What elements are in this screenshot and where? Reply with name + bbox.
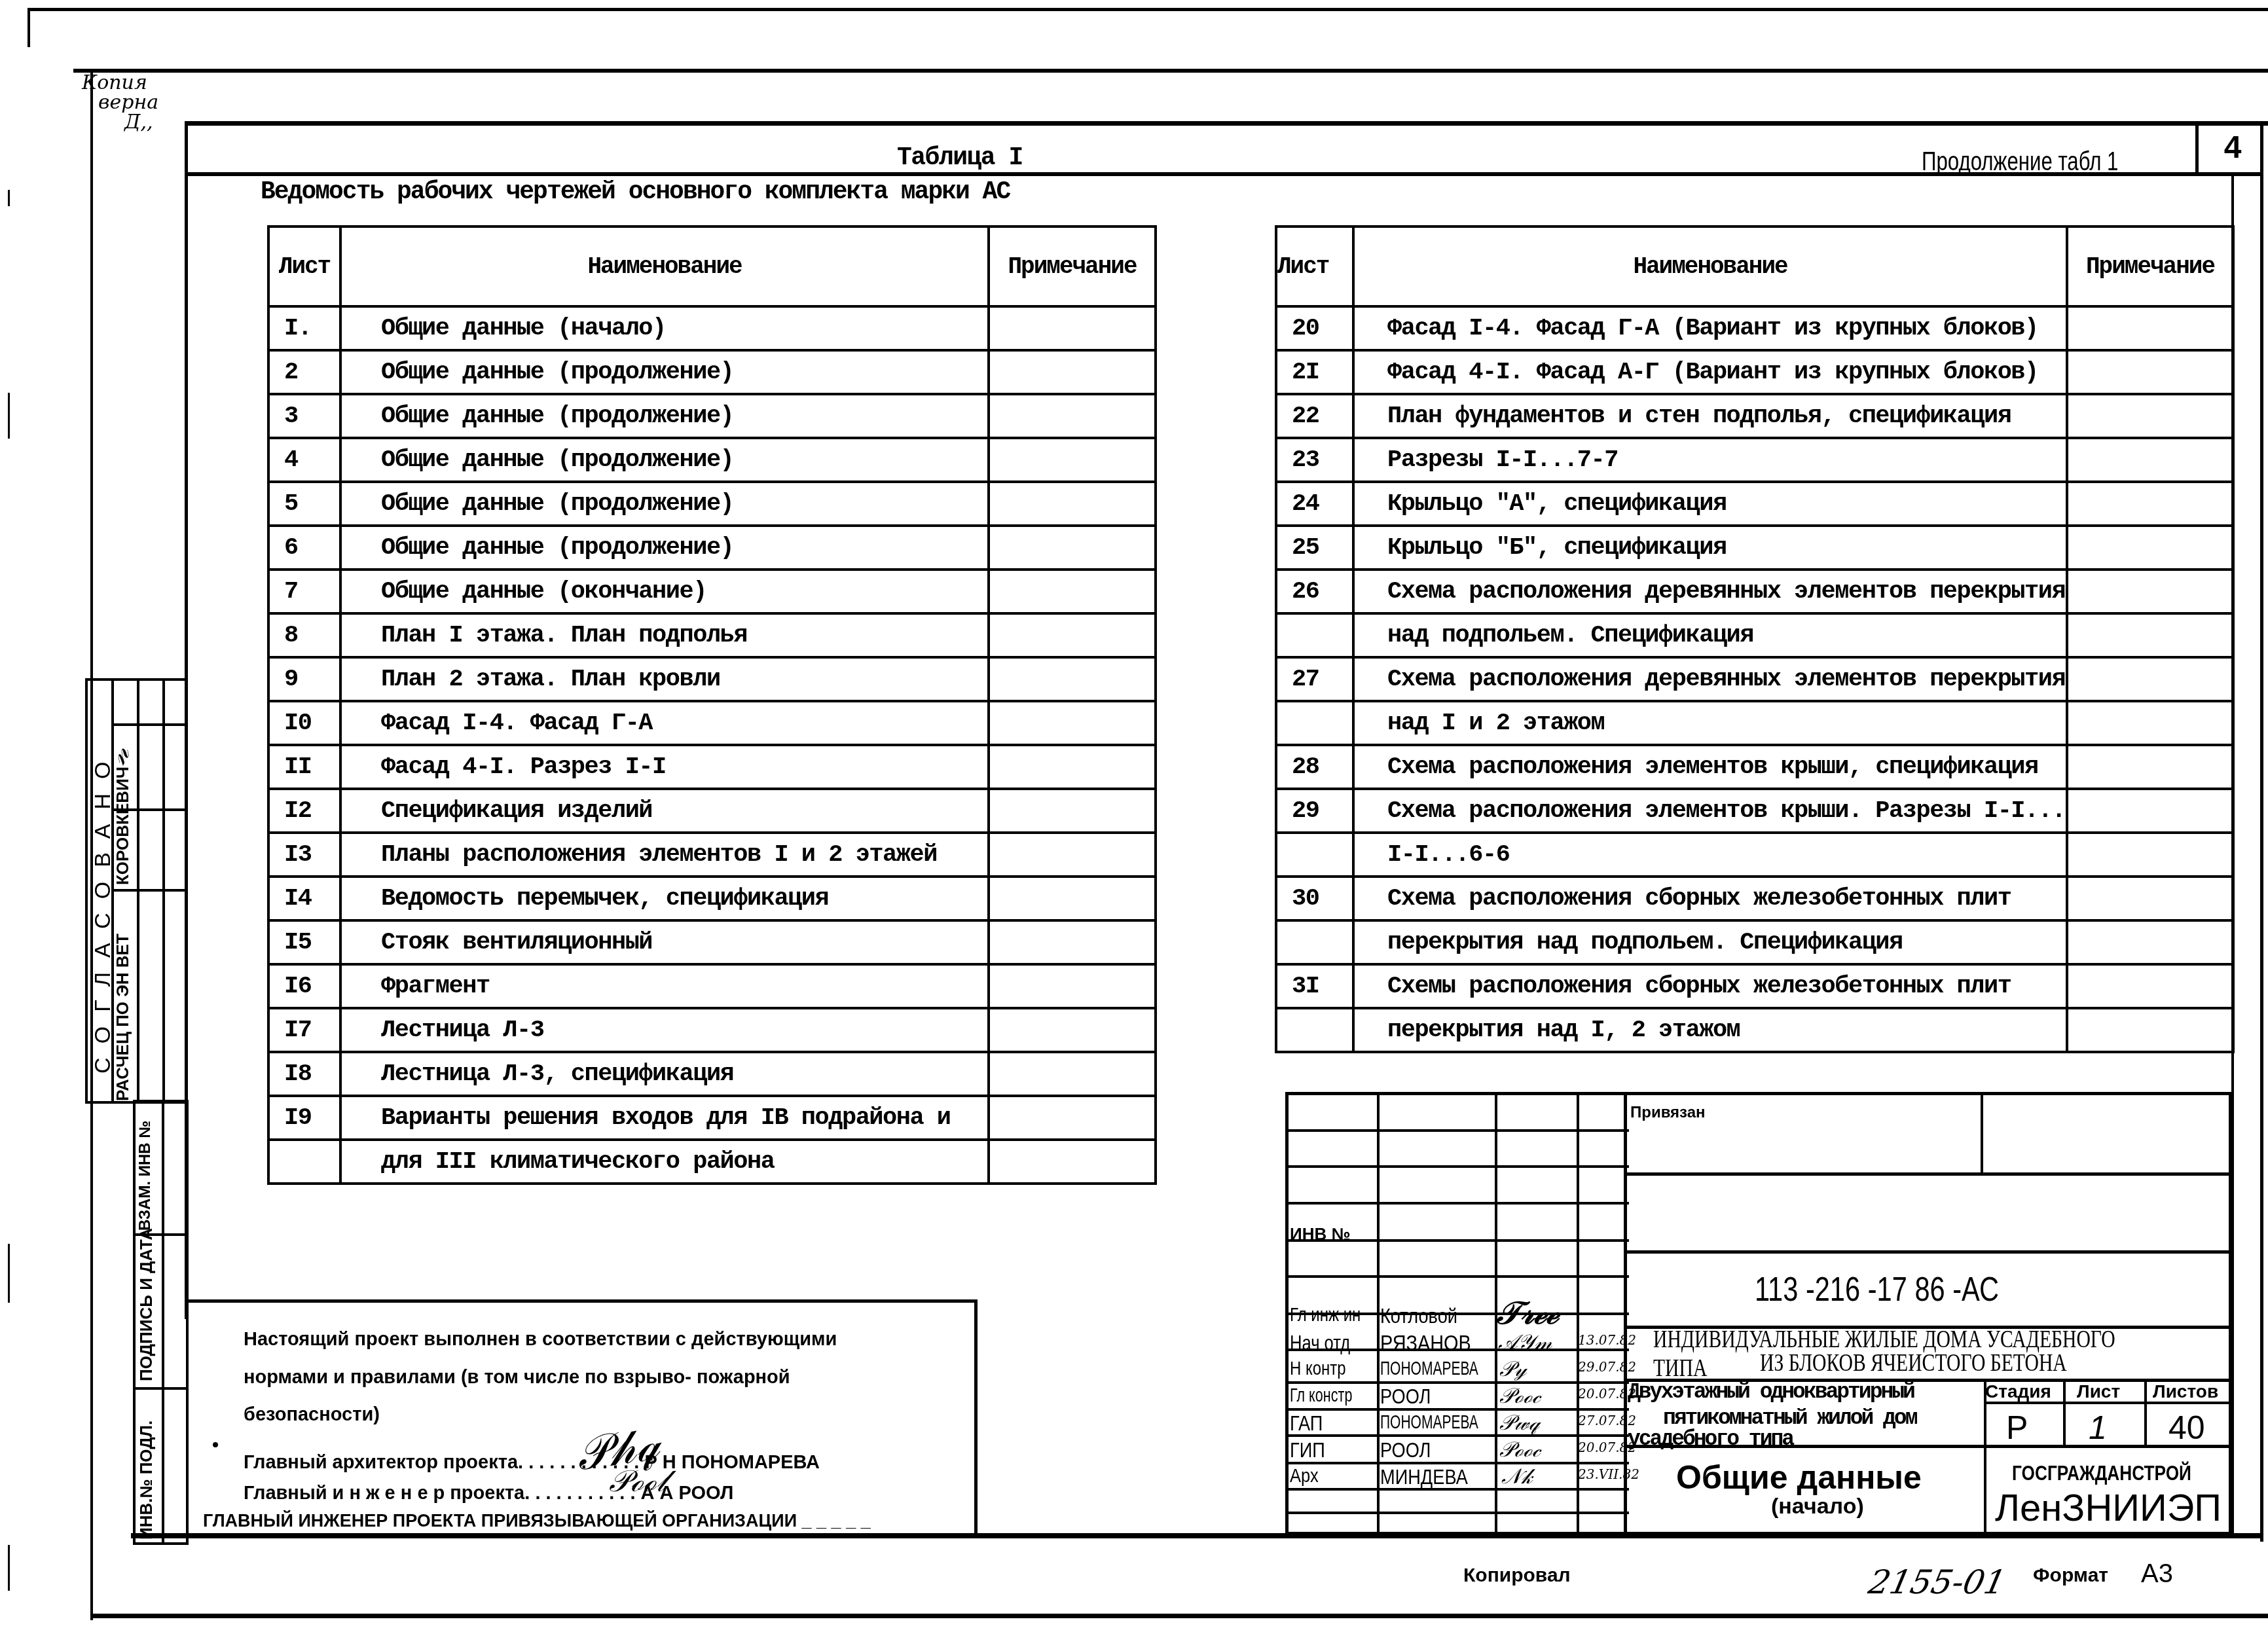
table-row: 22План фундаментов и стен подполья, спец… [1276, 394, 2233, 438]
copied-label: Копировал [1463, 1565, 1571, 1587]
agreed-person: КОРОВКЕВИЧ [113, 767, 133, 885]
staff-row: ГИП РООЛ 𝒫ℴℴ𝒸 20.07.82 [1289, 1437, 1626, 1463]
table-row: над I и 2 этажом [1276, 701, 2233, 745]
header-sheet: Лист [268, 227, 340, 306]
table-row: I2Спецификация изделий [268, 789, 1156, 833]
table-row: перекрытия над подпольем. Спецификация [1276, 920, 2233, 964]
table-row: 3Общие данные (продолжение) [268, 394, 1156, 438]
format-label: Формат [2033, 1565, 2108, 1587]
inventory-number-label: ИНВ № [1290, 1224, 1350, 1244]
original-inv-label: ИНВ.№ ПОДЛ. [136, 1421, 156, 1540]
drawing-frame-top [185, 121, 2268, 126]
table-row: 28Схема расположения элементов крыши, сп… [1276, 745, 2233, 789]
staff-row: Арх МИНДЕВА 𝒩𝓀 23.VII.82 [1289, 1464, 1626, 1490]
sheet-value: 1 [2089, 1409, 2107, 1447]
table-row: I-I...6-6 [1276, 833, 2233, 877]
header-name: Наименование [1353, 227, 2067, 306]
handwritten-note: Копия верна Д,, [79, 73, 158, 132]
stage-value: Р [2006, 1409, 2028, 1447]
engineer-signature: 𝒫ℴℴ𝓁 [609, 1463, 666, 1500]
table-row: IIФасад 4-I. Разрез I-I [268, 745, 1156, 789]
org-name: ЛенЗНИИЭП [1995, 1486, 2222, 1530]
replacement-inv-label: ВЗАМ. ИНВ № [136, 1121, 155, 1231]
order-number: 2155-01 [1865, 1563, 2009, 1601]
margin-tick [8, 393, 10, 439]
table-row: I.Общие данные (начало) [268, 306, 1156, 350]
header-note: Примечание [989, 227, 1156, 306]
notes-line-1: Настоящий проект выполнен в соответствии… [244, 1329, 837, 1350]
sheet-subtitle: (начало) [1771, 1494, 1864, 1519]
table-row: 27Схема расположения деревянных элементо… [1276, 657, 2233, 701]
table-row: 8План I этажа. План подполья [268, 613, 1156, 657]
project-title-line-2: ИЗ БЛОКОВ ЯЧЕИСТОГО БЕТОНА [1760, 1349, 2067, 1377]
format-value: А3 [2141, 1559, 2173, 1589]
table-row: 25Крыльцо "Б", спецификация [1276, 526, 2233, 570]
table-row: перекрытия над I, 2 этажом [1276, 1008, 2233, 1052]
bound-label: Привязан [1630, 1104, 1706, 1122]
table-row: 5Общие данные (продолжение) [268, 482, 1156, 526]
left-table-title: Ведомость рабочих чертежей основного ком… [261, 178, 1010, 206]
table-header-row: Лист Наименование Примечание [268, 227, 1156, 306]
table-row: 20Фасад I-4. Фасад Г-А (Вариант из крупн… [1276, 306, 2233, 350]
sheets-value: 40 [2168, 1409, 2205, 1447]
staff-row: Гл констр РООЛ 𝒫ℴℴ𝒸 20.07.82 [1289, 1383, 1626, 1409]
left-table-caption: Таблица I [897, 144, 1023, 172]
staff-row: Гл инж ин Котловой 𝒯𝓇ℯℯ [1289, 1303, 1626, 1329]
drawing-frame-right [2260, 121, 2263, 1542]
bullet-dot [213, 1442, 218, 1447]
chief-architect-row: Главный архитектор проекта. . . . . . . … [244, 1452, 820, 1474]
page-frame-bottom [90, 1614, 2268, 1618]
table-row: для III климатического района [268, 1140, 1156, 1184]
right-drawings-table: Лист Наименование Примечание 20Фасад I-4… [1275, 225, 2235, 1053]
staff-row: ГАП ПОНОМАРЕВА 𝒫𝓌𝓆 27.07.82 [1289, 1410, 1626, 1436]
org-parent: ГОСГРАЖДАНСТРОЙ [2012, 1461, 2191, 1485]
table-row: I3Планы расположения элементов I и 2 эта… [268, 833, 1156, 877]
table-row: I7Лестница Л-3 [268, 1008, 1156, 1052]
sheets-label: Листов [2153, 1381, 2218, 1402]
outer-frame-top [29, 8, 2268, 11]
right-table-caption: Продолжение табл 1 [1922, 147, 2118, 177]
notes-line-2: нормами и правилами (в том числе по взры… [244, 1367, 790, 1388]
table-row: I8Лестница Л-3, спецификация [268, 1052, 1156, 1096]
staff-row: Н контр ПОНОМАРЕВА 𝒫𝓎 29.07.82 [1289, 1356, 1626, 1383]
outer-frame-left [27, 8, 30, 47]
table-row: над подпольем. Спецификация [1276, 613, 2233, 657]
table-row: I6Фрагмент [268, 964, 1156, 1008]
sheet-title: Общие данные [1676, 1459, 1922, 1496]
page-frame-top [73, 69, 2268, 73]
table-header-row: Лист Наименование Примечание [1276, 227, 2233, 306]
header-sheet: Лист [1276, 227, 1353, 306]
table-row: 2Общие данные (продолжение) [268, 350, 1156, 394]
agreed-dept: РАСЧЕЦ ПО ЭН ВЕТ [113, 933, 133, 1101]
signature-date-label: ПОДПИСЬ И ДАТА [136, 1228, 156, 1381]
table-row: 23Разрезы I-I...7-7 [1276, 438, 2233, 482]
building-desc-3: усадебного типа [1628, 1427, 1793, 1451]
notes-line-3: безопасности) [244, 1404, 380, 1426]
sheet-label: Лист [2077, 1381, 2120, 1402]
building-desc-1: Двухэтажный одноквартирный [1628, 1380, 1914, 1404]
table-row: 29Схема расположения элементов крыши. Ра… [1276, 789, 2233, 833]
table-row: I4Ведомость перемычек, спецификация [268, 877, 1156, 920]
margin-tick [8, 1545, 10, 1591]
margin-tick [8, 1244, 10, 1303]
sheet-number: 4 [2210, 130, 2256, 169]
table-row: 26Схема расположения деревянных элементо… [1276, 570, 2233, 613]
staff-row: Нач отд РЯЗАНОВ 𝒜𝒴𝓂 13.07.82 [1289, 1330, 1626, 1356]
table-row: 6Общие данные (продолжение) [268, 526, 1156, 570]
binding-org-engineer-row: ГЛАВНЫЙ ИНЖЕНЕР ПРОЕКТА ПРИВЯЗЫВАЮЩЕЙ ОР… [203, 1511, 871, 1531]
table-row: I9Варианты решения входов для IВ подрайо… [268, 1096, 1156, 1140]
left-drawings-table: Лист Наименование Примечание I.Общие дан… [267, 225, 1157, 1185]
header-note: Примечание [2067, 227, 2233, 306]
table-row: 30Схема расположения сборных железобетон… [1276, 877, 2233, 920]
stage-label: Стадия [1985, 1381, 2051, 1402]
table-row: 4Общие данные (продолжение) [268, 438, 1156, 482]
project-code: 113 -216 -17 86 -АС [1755, 1270, 1999, 1309]
header-name: Наименование [340, 227, 989, 306]
table-row: 2IФасад 4-I. Фасад А-Г (Вариант из крупн… [1276, 350, 2233, 394]
table-row: 3IСхемы расположения сборных железобетон… [1276, 964, 2233, 1008]
margin-tick [8, 190, 10, 206]
table-row: 24Крыльцо "А", спецификация [1276, 482, 2233, 526]
sheet-number-box-left [2195, 121, 2199, 176]
table-row: 9План 2 этажа. План кровли [268, 657, 1156, 701]
table-row: I0Фасад I-4. Фасад Г-А [268, 701, 1156, 745]
table-row: 7Общие данные (окончание) [268, 570, 1156, 613]
table-row: I5Стояк вентиляционный [268, 920, 1156, 964]
